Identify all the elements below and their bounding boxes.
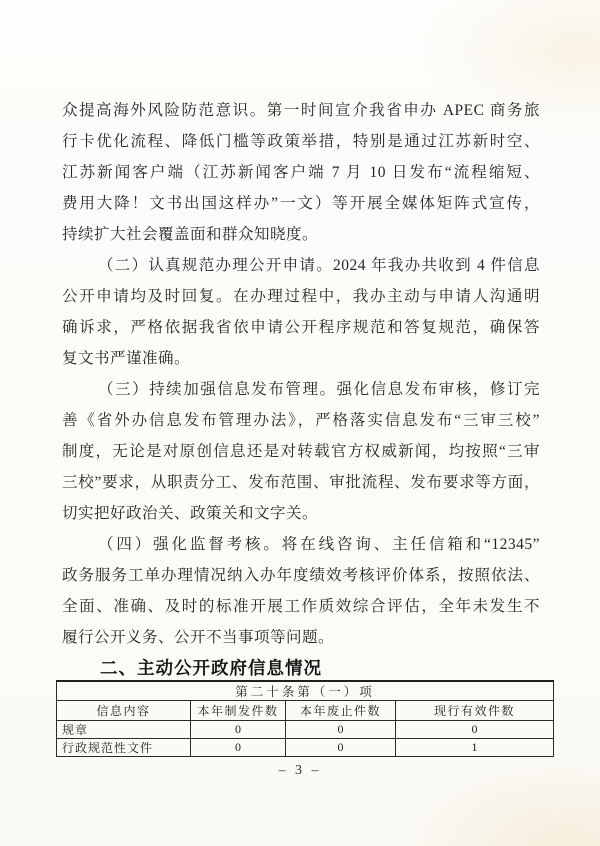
value-cell: 0 xyxy=(396,721,554,739)
text-line: （四）强化监督考核。将在线咨询、主任信箱和“12345” xyxy=(62,529,540,560)
row-label-cell: 行政规范性文件 xyxy=(57,739,191,757)
body-paragraphs: 众提高海外风险防范意识。第一时间宣介我省申办 APEC 商务旅行卡优化流程、降低… xyxy=(62,95,540,653)
text-line: 制度，无论是对原创信息还是对转载官方权威新闻，均按照“三审 xyxy=(62,436,540,467)
section-heading: 二、主动公开政府信息情况 xyxy=(62,656,540,680)
text-line: 公开申请均及时回复。在办理过程中，我办主动与申请人沟通明 xyxy=(62,281,540,312)
document-content: 众提高海外风险防范意识。第一时间宣介我省申办 APEC 商务旅行卡优化流程、降低… xyxy=(62,95,540,757)
value-cell: 0 xyxy=(286,739,396,757)
text-line: 持续扩大社会覆盖面和群众知晓度。 xyxy=(62,219,540,250)
text-line: 复文书严谨准确。 xyxy=(62,343,540,374)
value-cell: 1 xyxy=(396,739,554,757)
info-table-body: 第二十条第（一）项信息内容本年制发件数本年废止件数现行有效件数规章000行政规范… xyxy=(57,681,554,757)
row-label-cell: 规章 xyxy=(57,721,191,739)
table-row: 规章000 xyxy=(57,721,554,739)
text-line: 众提高海外风险防范意识。第一时间宣介我省申办 APEC 商务旅 xyxy=(62,95,540,126)
info-table: 第二十条第（一）项信息内容本年制发件数本年废止件数现行有效件数规章000行政规范… xyxy=(56,680,554,757)
text-line: 切实把好政治关、政策关和文字关。 xyxy=(62,498,540,529)
table-row: 行政规范性文件001 xyxy=(57,739,554,757)
text-line: 三校”要求，从职责分工、发布范围、审批流程、发布要求等方面， xyxy=(62,467,540,498)
text-line: 政务服务工单办理情况纳入办年度绩效考核评价体系，按照依法、 xyxy=(62,560,540,591)
text-line: （二）认真规范办理公开申请。2024 年我办共收到 4 件信息 xyxy=(62,250,540,281)
column-header-cell: 本年废止件数 xyxy=(286,701,396,721)
column-header-cell: 信息内容 xyxy=(57,701,191,721)
document-page: 众提高海外风险防范意识。第一时间宣介我省申办 APEC 商务旅行卡优化流程、降低… xyxy=(0,0,600,846)
paragraph: 众提高海外风险防范意识。第一时间宣介我省申办 APEC 商务旅行卡优化流程、降低… xyxy=(62,95,540,250)
table-title-row: 第二十条第（一）项 xyxy=(57,681,554,701)
paragraph: （四）强化监督考核。将在线咨询、主任信箱和“12345”政务服务工单办理情况纳入… xyxy=(62,529,540,653)
value-cell: 0 xyxy=(286,721,396,739)
text-line: 履行公开义务、公开不当事项等问题。 xyxy=(62,622,540,653)
paragraph: （三）持续加强信息发布管理。强化信息发布审核，修订完善《省外办信息发布管理办法》… xyxy=(62,374,540,529)
column-header-cell: 现行有效件数 xyxy=(396,701,554,721)
table-header-row: 信息内容本年制发件数本年废止件数现行有效件数 xyxy=(57,701,554,721)
value-cell: 0 xyxy=(191,721,286,739)
page-number: – 3 – xyxy=(0,763,600,779)
column-header-cell: 本年制发件数 xyxy=(191,701,286,721)
text-line: 江苏新闻客户端（江苏新闻客户端 7 月 10 日发布“流程缩短、 xyxy=(62,157,540,188)
text-line: （三）持续加强信息发布管理。强化信息发布审核，修订完 xyxy=(62,374,540,405)
table-title-cell: 第二十条第（一）项 xyxy=(57,681,554,701)
text-line: 确诉求，严格依据我省依申请公开程序规范和答复规范，确保答 xyxy=(62,312,540,343)
value-cell: 0 xyxy=(191,739,286,757)
text-line: 费用大降！文书出国这样办”一文）等开展全媒体矩阵式宣传， xyxy=(62,188,540,219)
paragraph: （二）认真规范办理公开申请。2024 年我办共收到 4 件信息公开申请均及时回复… xyxy=(62,250,540,374)
text-line: 善《省外办信息发布管理办法》，严格落实信息发布“三审三校” xyxy=(62,405,540,436)
text-line: 全面、准确、及时的标准开展工作质效综合评估，全年未发生不 xyxy=(62,591,540,622)
text-line: 行卡优化流程、降低门槛等政策举措，特别是通过江苏新时空、 xyxy=(62,126,540,157)
